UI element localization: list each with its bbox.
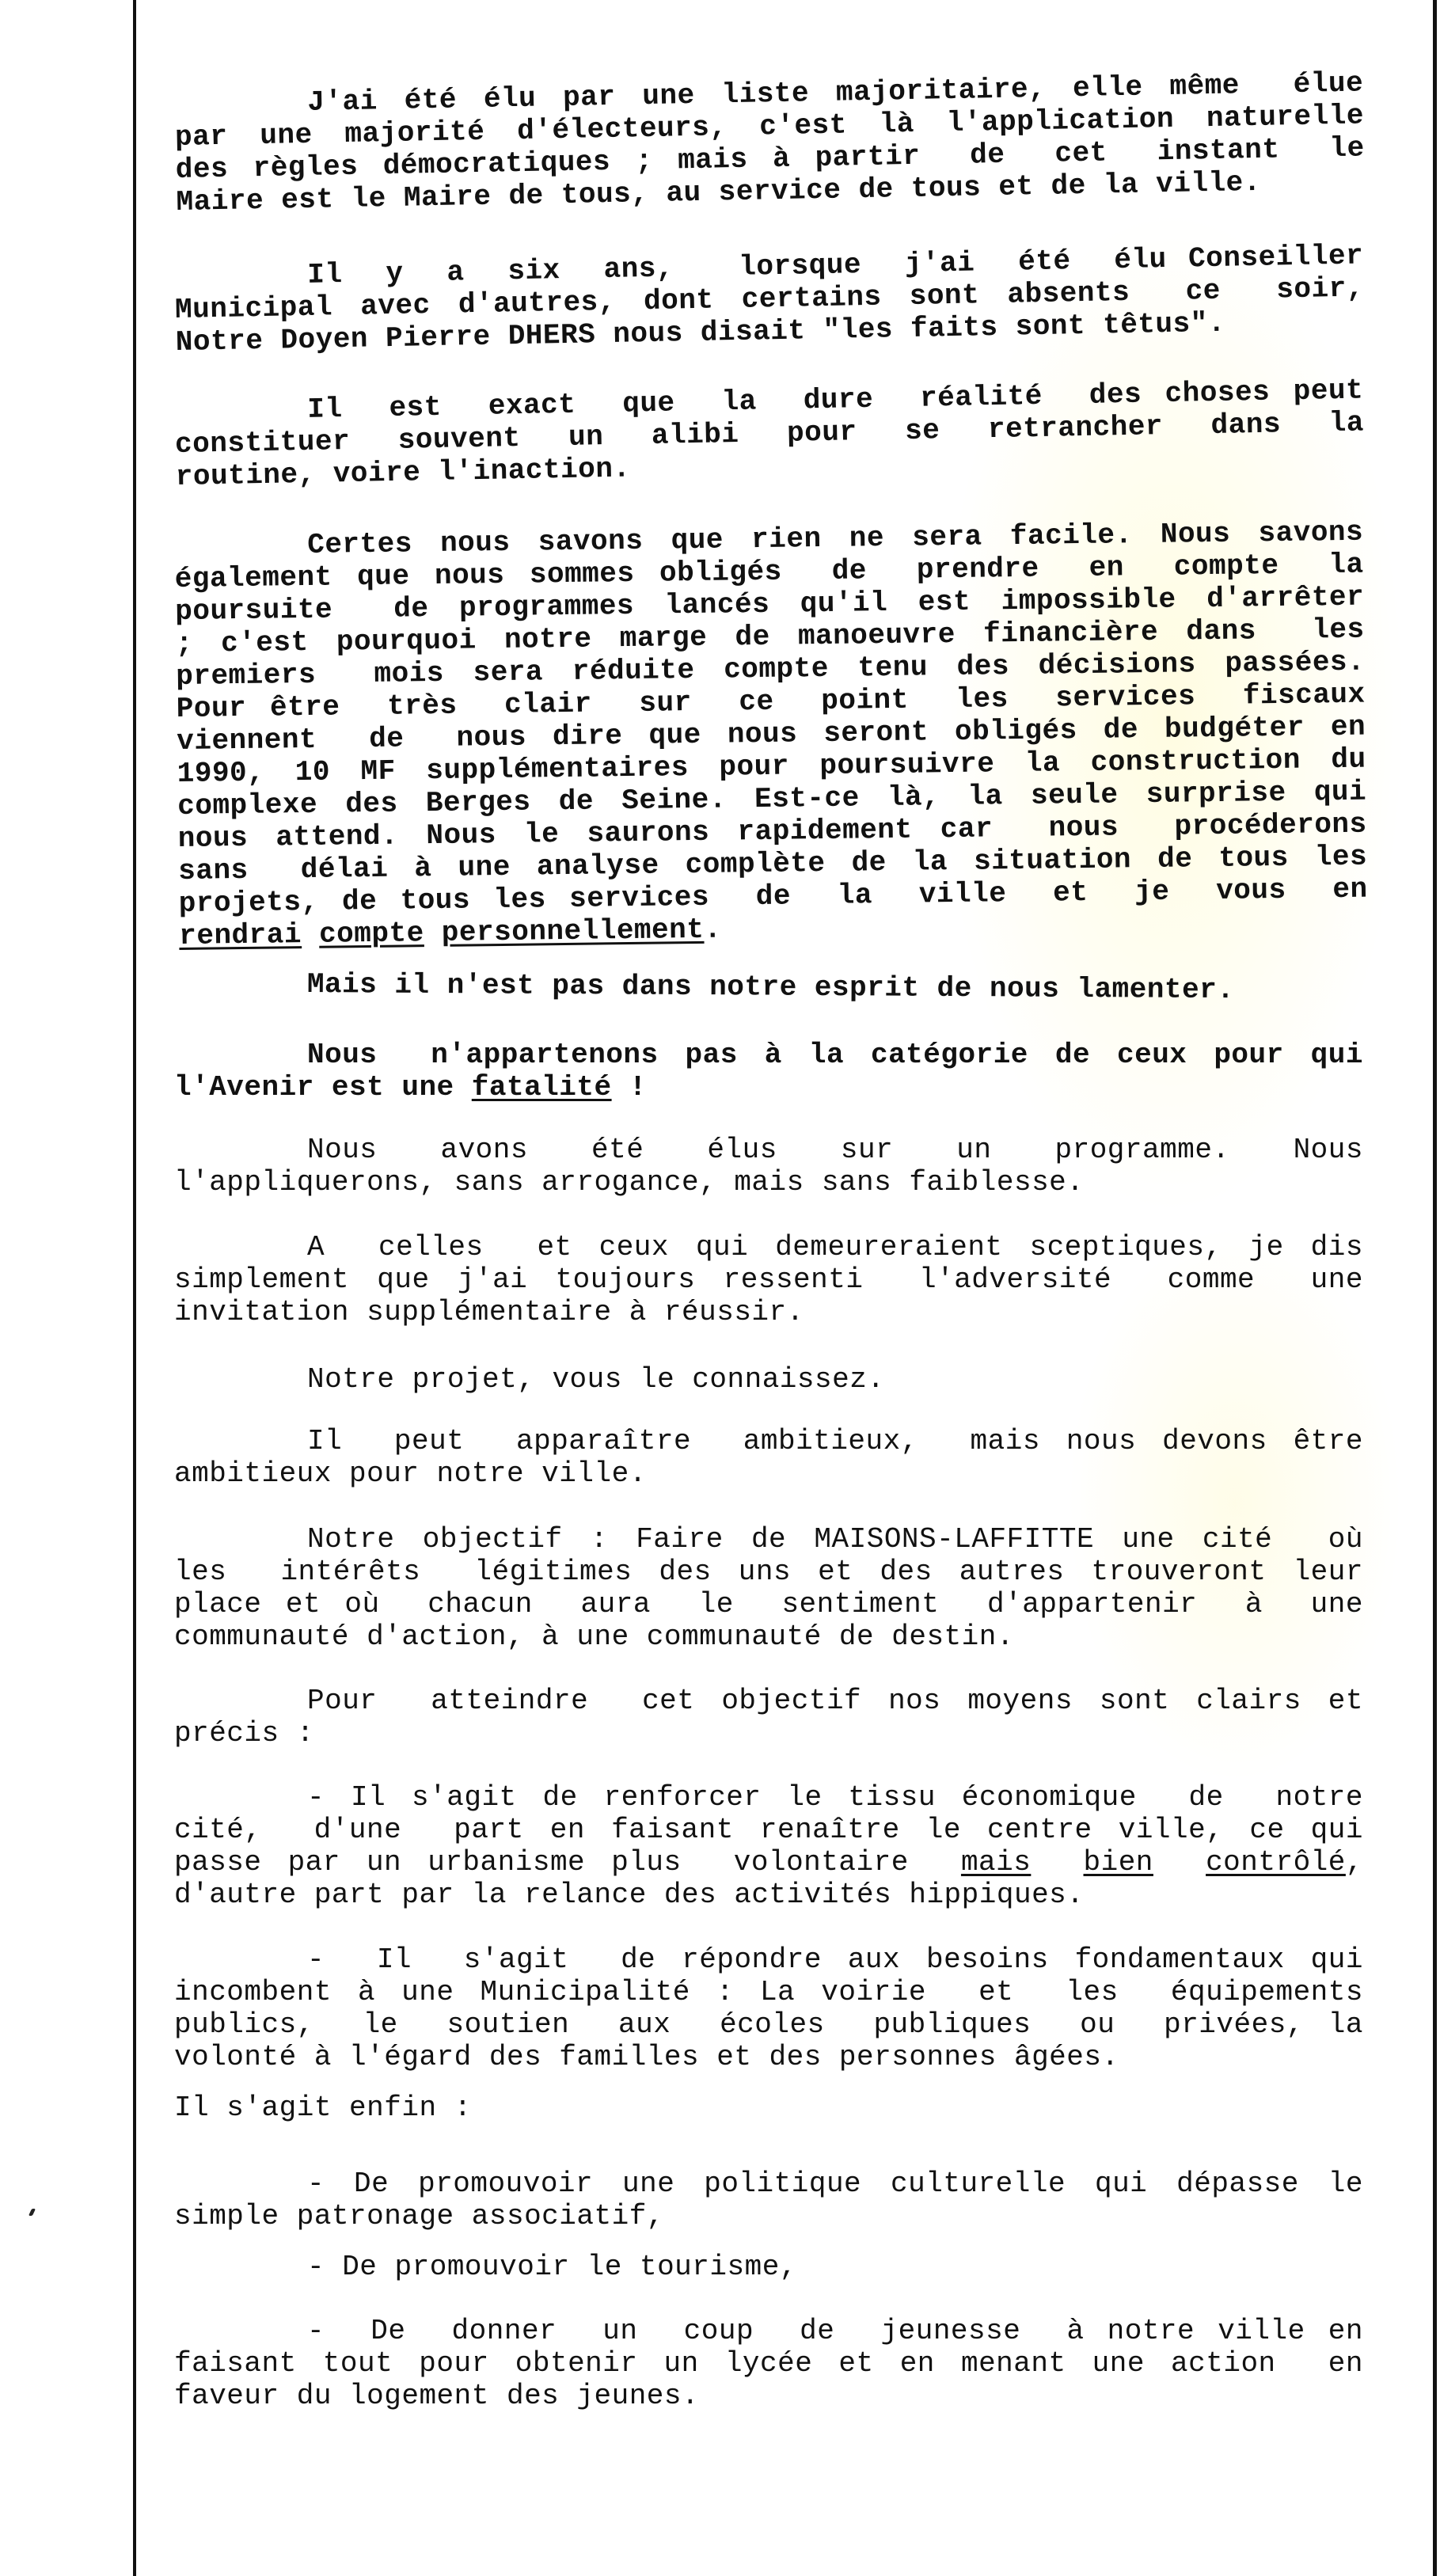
text-line: - De promouvoir une politique culturelle… bbox=[174, 2168, 1363, 2200]
text-line: volonté à l'égard des familles et des pe… bbox=[174, 2041, 1363, 2073]
text-line: A celles et ceux qui demeureraient scept… bbox=[174, 1231, 1363, 1263]
paragraph-certes: Certes nous savons que rien ne sera faci… bbox=[174, 516, 1368, 952]
text-line: incombent à une Municipalité : La voirie… bbox=[174, 1976, 1363, 2008]
text-fragment: passe par un urbanisme plus volontaire bbox=[174, 1846, 961, 1879]
paragraph-election: J'ai été élu par une liste majoritaire, … bbox=[174, 66, 1366, 218]
paragraph-youth: - De donner un coup de jeunesse à notre … bbox=[174, 2315, 1363, 2412]
paragraph-tourism: - De promouvoir le tourisme, bbox=[174, 2251, 1363, 2283]
text-line: - De donner un coup de jeunesse à notre … bbox=[174, 2315, 1363, 2347]
text-fragment: ! bbox=[612, 1071, 647, 1104]
text-line: place et où chacun aura le sentiment d'a… bbox=[174, 1588, 1363, 1620]
paragraph-needs: - Il s'agit de répondre aux besoins fond… bbox=[174, 1943, 1363, 2073]
paragraph-project: Notre projet, vous le connaissez. bbox=[174, 1363, 1363, 1396]
text-line: les intérêts légitimes des uns et des au… bbox=[174, 1556, 1363, 1588]
underlined-word: fatalité bbox=[472, 1071, 612, 1104]
underlined-word: rendrai bbox=[179, 918, 302, 952]
text-line: Il s'agit enfin : bbox=[174, 2092, 1363, 2124]
paragraph-program: Nous avons été élus sur un programme. No… bbox=[174, 1134, 1363, 1199]
text-line: ambitieux pour notre ville. bbox=[174, 1457, 1363, 1490]
text-line: faisant tout pour obtenir un lycée et en… bbox=[174, 2347, 1363, 2380]
paragraph-ambitious: Il peut apparaître ambitieux, mais nous … bbox=[174, 1425, 1363, 1490]
text-line: simplement que j'ai toujours ressenti l'… bbox=[174, 1263, 1363, 1296]
paragraph-culture: - De promouvoir une politique culturelle… bbox=[174, 2168, 1363, 2232]
text-line: l'Avenir est une fatalité ! bbox=[174, 1071, 1363, 1104]
underlined-word: bien bbox=[1084, 1846, 1153, 1879]
text-line: - Il s'agit de répondre aux besoins fond… bbox=[174, 1943, 1363, 1976]
punctuation: . bbox=[704, 914, 722, 946]
underlined-word: personnellement bbox=[442, 914, 705, 949]
text-fragment: l'Avenir est une bbox=[174, 1071, 472, 1104]
scanned-page: J'ai été élu par une liste majoritaire, … bbox=[0, 0, 1440, 2576]
punctuation: , bbox=[1346, 1846, 1363, 1879]
text-line: l'appliquerons, sans arrogance, mais san… bbox=[174, 1166, 1363, 1199]
text-line: Notre projet, vous le connaissez. bbox=[174, 1363, 1363, 1396]
stray-ink-mark bbox=[28, 2209, 36, 2216]
paragraph-lament: Mais il n'est pas dans notre esprit de n… bbox=[174, 967, 1363, 1007]
text-line: communauté d'action, à une communauté de… bbox=[174, 1620, 1363, 1653]
underlined-word: compte bbox=[319, 917, 424, 951]
underlined-word: mais bbox=[961, 1846, 1031, 1879]
text-line: Notre objectif : Faire de MAISONS-LAFFIT… bbox=[174, 1523, 1363, 1556]
text-line: Pour atteindre cet objectif nos moyens s… bbox=[174, 1685, 1363, 1717]
paragraph-reality: Il est exact que la dure réalité des cho… bbox=[174, 374, 1365, 493]
text-line: publics, le soutien aux écoles publiques… bbox=[174, 2008, 1363, 2041]
text-line: invitation supplémentaire à réussir. bbox=[174, 1296, 1363, 1328]
text-line: Il peut apparaître ambitieux, mais nous … bbox=[174, 1425, 1363, 1457]
page-right-border bbox=[1433, 0, 1437, 2576]
text-line: Nous avons été élus sur un programme. No… bbox=[174, 1134, 1363, 1166]
text-line: précis : bbox=[174, 1717, 1363, 1750]
paragraph-sceptics: A celles et ceux qui demeureraient scept… bbox=[174, 1231, 1363, 1328]
text-line: d'autre part par la relance des activité… bbox=[174, 1879, 1363, 1911]
paragraph-finally: Il s'agit enfin : bbox=[174, 2092, 1363, 2124]
paragraph-six-years: Il y a six ans, lorsque j'ai été élu Con… bbox=[174, 239, 1365, 359]
text-line: - De promouvoir le tourisme, bbox=[174, 2251, 1363, 2283]
paragraph-fatality: Nous n'appartenons pas à la catégorie de… bbox=[174, 1039, 1363, 1104]
text-line: faveur du logement des jeunes. bbox=[174, 2380, 1363, 2412]
text-line: - Il s'agit de renforcer le tissu économ… bbox=[174, 1781, 1363, 1814]
paragraph-economy: - Il s'agit de renforcer le tissu économ… bbox=[174, 1781, 1363, 1911]
text-line: Mais il n'est pas dans notre esprit de n… bbox=[174, 967, 1363, 1007]
page-left-border bbox=[133, 0, 136, 2576]
paragraph-means: Pour atteindre cet objectif nos moyens s… bbox=[174, 1685, 1363, 1750]
paragraph-objective: Notre objectif : Faire de MAISONS-LAFFIT… bbox=[174, 1523, 1363, 1653]
text-line: Nous n'appartenons pas à la catégorie de… bbox=[174, 1039, 1363, 1071]
text-line: passe par un urbanisme plus volontaire m… bbox=[174, 1846, 1363, 1879]
underlined-word: contrôlé bbox=[1206, 1846, 1346, 1879]
text-line: cité, d'une part en faisant renaître le … bbox=[174, 1814, 1363, 1846]
text-line: simple patronage associatif, bbox=[174, 2200, 1363, 2232]
